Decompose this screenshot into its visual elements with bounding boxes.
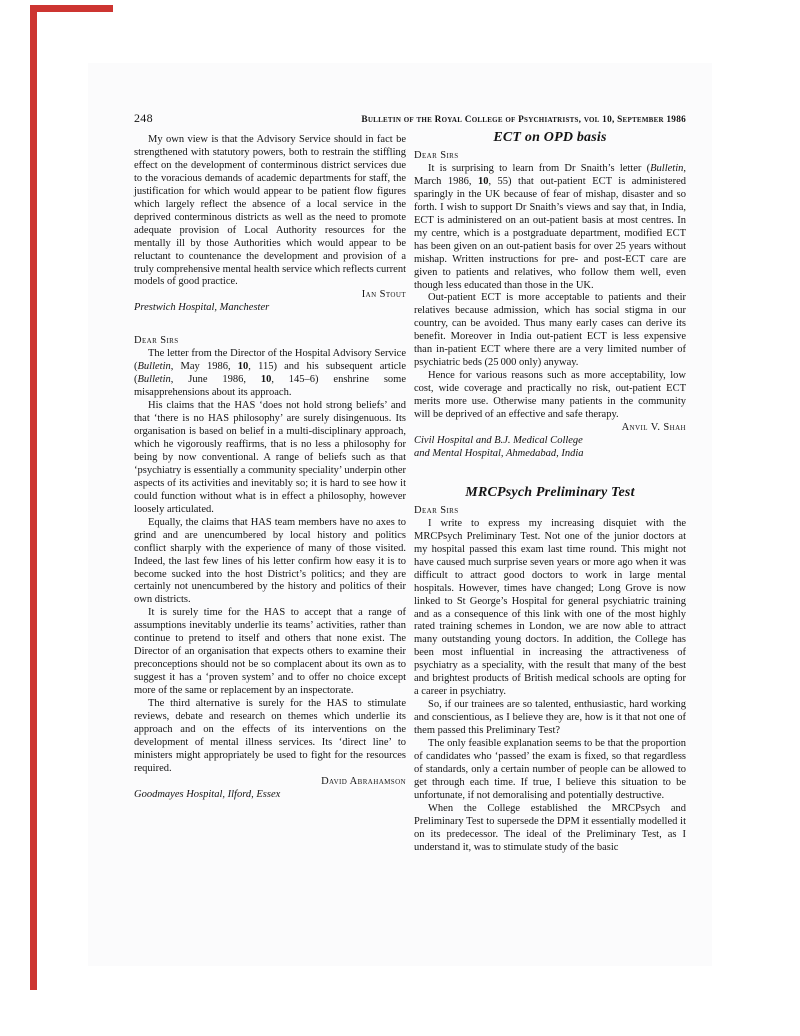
letter-address-line1: Civil Hospital and B.J. Medical College	[414, 435, 686, 448]
letter-salutation: Dear Sirs	[414, 505, 686, 518]
paragraph: So, if our trainees are so talented, ent…	[414, 699, 686, 738]
letter-salutation: Dear Sirs	[134, 335, 406, 348]
left-column: My own view is that the Advisory Service…	[134, 134, 406, 802]
paragraph: I write to express my increasing disquie…	[414, 518, 686, 699]
paragraph: The only feasible explanation seems to b…	[414, 738, 686, 803]
letter-address-line2: and Mental Hospital, Ahmedabad, India	[414, 448, 686, 461]
letter-signature: Ian Stout	[134, 289, 406, 302]
paragraph: It is surely time for the HAS to accept …	[134, 607, 406, 698]
page-number: 248	[134, 111, 153, 126]
letter-signature: David Abrahamson	[134, 776, 406, 789]
paragraph: My own view is that the Advisory Service…	[134, 134, 406, 289]
letter-ect-on-opd-basis: ECT on OPD basis Dear Sirs It is surpris…	[414, 130, 686, 461]
letter-title: MRCPsych Preliminary Test	[414, 485, 686, 501]
letter-has-philosophy: Dear Sirs The letter from the Director o…	[134, 335, 406, 801]
paragraph: Out-patient ECT is more acceptable to pa…	[414, 292, 686, 370]
letter-signature: Anvil V. Shah	[414, 422, 686, 435]
letter-salutation: Dear Sirs	[414, 150, 686, 163]
paragraph: The third alternative is surely for the …	[134, 698, 406, 776]
letter-advisory-service-reply: My own view is that the Advisory Service…	[134, 134, 406, 315]
running-header: 248 Bulletin of the Royal College of Psy…	[134, 111, 686, 126]
letter-gap	[414, 461, 686, 485]
journal-title: Bulletin of the Royal College of Psychia…	[361, 115, 686, 125]
scan-artifact-horizontal-line	[30, 5, 113, 12]
scan-artifact-vertical-line	[30, 5, 37, 990]
letter-address: Goodmayes Hospital, Ilford, Essex	[134, 789, 406, 802]
scanned-journal-page: { "artifact_color": "#cd3531", "header":…	[0, 0, 800, 1036]
letter-title: ECT on OPD basis	[414, 130, 686, 146]
letter-mrcpsych-preliminary-test: MRCPsych Preliminary Test Dear Sirs I wr…	[414, 485, 686, 855]
right-column: ECT on OPD basis Dear Sirs It is surpris…	[414, 130, 686, 855]
letter-gap	[134, 315, 406, 335]
letter-address: Prestwich Hospital, Manchester	[134, 302, 406, 315]
paragraph: Hence for various reasons such as more a…	[414, 370, 686, 422]
paragraph: When the College established the MRCPsyc…	[414, 803, 686, 855]
paragraph: Equally, the claims that HAS team member…	[134, 517, 406, 608]
paragraph: It is surprising to learn from Dr Snaith…	[414, 163, 686, 293]
paragraph: The letter from the Director of the Hosp…	[134, 348, 406, 400]
paragraph: His claims that the HAS ‘does not hold s…	[134, 400, 406, 517]
